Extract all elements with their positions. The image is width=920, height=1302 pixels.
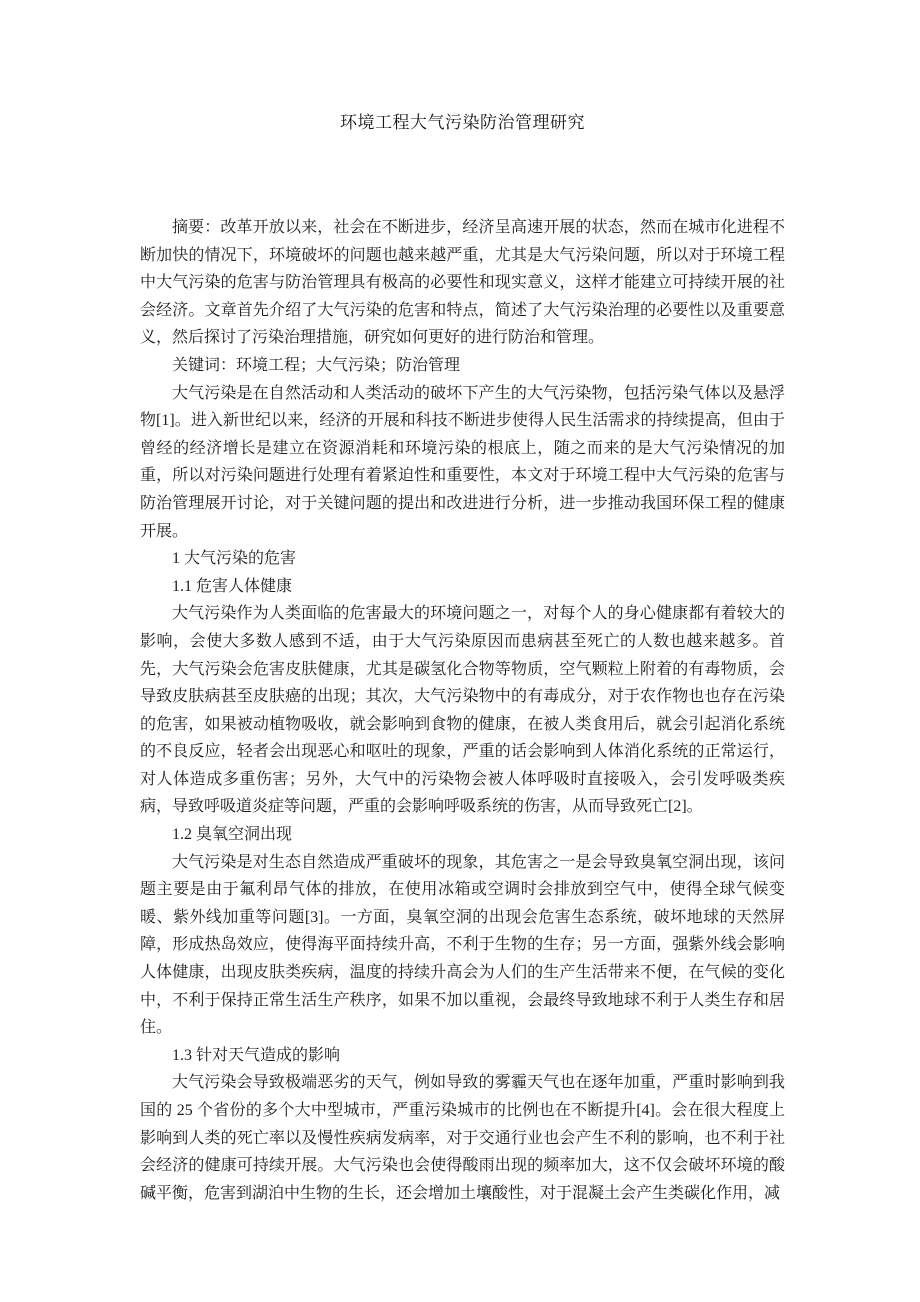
paragraph: 大气污染是在自然活动和人类活动的破坏下产生的大气污染物，包括污染气体以及悬浮物[…: [140, 380, 785, 546]
paragraph: 大气污染作为人类面临的危害最大的环境问题之一，对每个人的身心健康都有着较大的影响…: [140, 600, 785, 821]
section-heading: 1.2 臭氧空洞出现: [140, 821, 785, 849]
section-heading: 1 大气污染的危害: [140, 545, 785, 573]
document-title: 环境工程大气污染防治管理研究: [140, 110, 785, 136]
paragraph: 大气污染会导致极端恶劣的天气，例如导致的雾霾天气也在逐年加重，严重时影响到我国的…: [140, 1069, 785, 1207]
document-body: 摘要：改革开放以来，社会在不断进步，经济呈高速开展的状态，然而在城市化进程不断加…: [140, 214, 785, 1207]
section-heading: 1.3 针对天气造成的影响: [140, 1042, 785, 1070]
paragraph: 关键词：环境工程；大气污染；防治管理: [140, 352, 785, 380]
paragraph: 大气污染是对生态自然造成严重破坏的现象，其危害之一是会导致臭氧空洞出现，该问题主…: [140, 849, 785, 1042]
document-page: 环境工程大气污染防治管理研究 摘要：改革开放以来，社会在不断进步，经济呈高速开展…: [0, 0, 920, 1302]
document-content: 环境工程大气污染防治管理研究 摘要：改革开放以来，社会在不断进步，经济呈高速开展…: [0, 0, 920, 1207]
paragraph: 摘要：改革开放以来，社会在不断进步，经济呈高速开展的状态，然而在城市化进程不断加…: [140, 214, 785, 352]
section-heading: 1.1 危害人体健康: [140, 573, 785, 601]
